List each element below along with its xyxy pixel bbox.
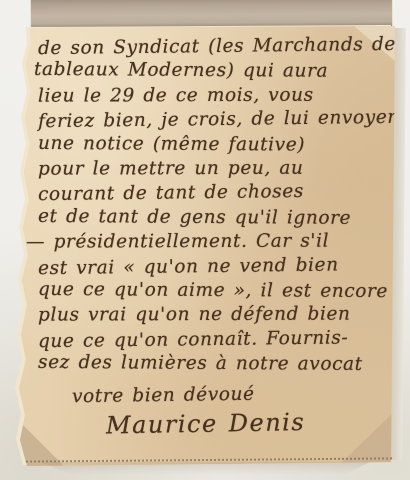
letter-line: que ce qu'on aime », il est encore (38, 278, 394, 305)
letter-line: est vrai « qu'on ne vend bien (38, 252, 394, 281)
letter-line: que ce qu'on connaît. Fournis- (38, 326, 394, 355)
letter-line: sez des lumières à notre avocat (38, 351, 394, 378)
letter-line: courant de tant de choses (38, 179, 394, 208)
letter-line: — présidentiellement. Car s'il (26, 229, 394, 255)
closing-line: votre bien dévoué (72, 381, 394, 410)
letter-line: de son Syndicat (les Marchands de (38, 33, 394, 62)
letter-line: lieu le 29 de ce mois, vous (38, 83, 394, 109)
letter-line: tableaux Modernes) qui aura (34, 58, 394, 85)
scanned-letter-page: de son Syndicat (les Marchands de tablea… (0, 0, 410, 480)
letter-paper: de son Syndicat (les Marchands de tablea… (18, 26, 400, 467)
letter-text: de son Syndicat (les Marchands de tablea… (38, 35, 394, 435)
scan-surface-shadow (40, 462, 370, 475)
letter-line: une notice (même fautive) (38, 131, 394, 158)
signature: Maurice Denis (106, 408, 394, 437)
letter-line: pour le mettre un peu, au (38, 156, 394, 182)
letter-line: feriez bien, je crois, de lui envoyer (38, 106, 394, 135)
letter-line: plus vrai qu'on ne défend bien (38, 303, 394, 329)
letter-line: et de tant de gens qu'il ignore (38, 205, 394, 232)
